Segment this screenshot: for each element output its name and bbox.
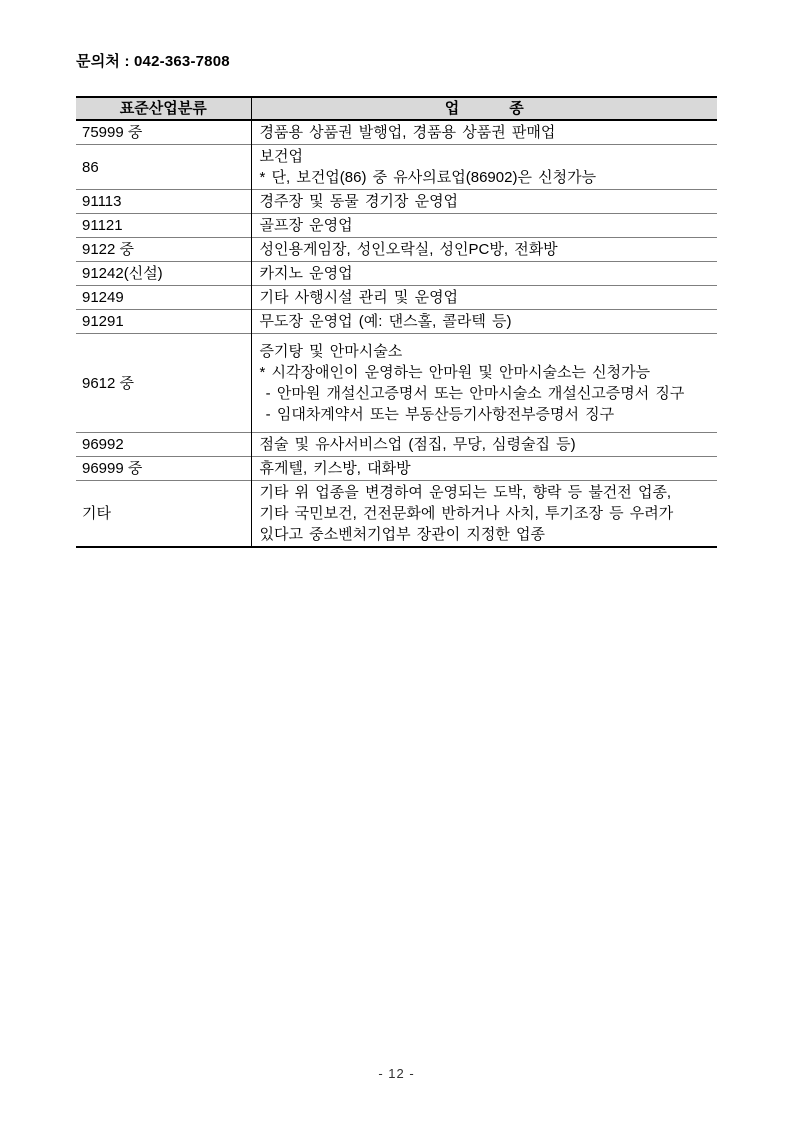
business-description: 골프장 운영업 — [251, 214, 717, 238]
business-description: 증기탕 및 안마시술소 * 시각장애인이 운영하는 안마원 및 안마시술소는 신… — [251, 334, 717, 433]
table-row: 91242(신설) 카지노 운영업 — [76, 262, 717, 286]
business-description: 보건업 * 단, 보건업(86) 중 유사의료업(86902)은 신청가능 — [251, 145, 717, 190]
industry-code: 91291 — [76, 310, 251, 334]
column-header-standard-industry-code: 표준산업분류 — [76, 97, 251, 120]
page-number: - 12 - — [0, 1066, 793, 1081]
table-row: 9612 중 증기탕 및 안마시술소 * 시각장애인이 운영하는 안마원 및 안… — [76, 334, 717, 433]
table-row: 9122 중 성인용게임장, 성인오락실, 성인PC방, 전화방 — [76, 238, 717, 262]
industry-code: 75999 중 — [76, 120, 251, 145]
business-description: 카지노 운영업 — [251, 262, 717, 286]
table-row: 기타 기타 위 업종을 변경하여 운영되는 도박, 향락 등 불건전 업종, 기… — [76, 481, 717, 548]
table-header-row: 표준산업분류 업 종 — [76, 97, 717, 120]
table-row: 91121 골프장 운영업 — [76, 214, 717, 238]
industry-code: 96999 중 — [76, 457, 251, 481]
table-row: 91113 경주장 및 동물 경기장 운영업 — [76, 190, 717, 214]
table-row: 86 보건업 * 단, 보건업(86) 중 유사의료업(86902)은 신청가능 — [76, 145, 717, 190]
industry-code: 9612 중 — [76, 334, 251, 433]
business-description: 성인용게임장, 성인오락실, 성인PC방, 전화방 — [251, 238, 717, 262]
contact-info: 문의처 : 042-363-7808 — [76, 50, 230, 71]
industry-code: 91242(신설) — [76, 262, 251, 286]
business-description: 점술 및 유사서비스업 (점집, 무당, 심령술집 등) — [251, 433, 717, 457]
business-description: 경품용 상품권 발행업, 경품용 상품권 판매업 — [251, 120, 717, 145]
industry-code: 91249 — [76, 286, 251, 310]
industry-code: 91113 — [76, 190, 251, 214]
table-row: 96999 중 휴게텔, 키스방, 대화방 — [76, 457, 717, 481]
table-row: 91249 기타 사행시설 관리 및 운영업 — [76, 286, 717, 310]
business-description: 경주장 및 동물 경기장 운영업 — [251, 190, 717, 214]
industry-code: 9122 중 — [76, 238, 251, 262]
business-description: 기타 위 업종을 변경하여 운영되는 도박, 향락 등 불건전 업종, 기타 국… — [251, 481, 717, 548]
business-description: 무도장 운영업 (예: 댄스홀, 콜라텍 등) — [251, 310, 717, 334]
industry-classification-table: 표준산업분류 업 종 75999 중 경품용 상품권 발행업, 경품용 상품권 … — [76, 96, 717, 548]
industry-code: 91121 — [76, 214, 251, 238]
table-row: 91291 무도장 운영업 (예: 댄스홀, 콜라텍 등) — [76, 310, 717, 334]
column-header-business-type: 업 종 — [251, 97, 717, 120]
industry-code: 86 — [76, 145, 251, 190]
table-row: 75999 중 경품용 상품권 발행업, 경품용 상품권 판매업 — [76, 120, 717, 145]
industry-code: 96992 — [76, 433, 251, 457]
industry-code: 기타 — [76, 481, 251, 548]
table-row: 96992 점술 및 유사서비스업 (점집, 무당, 심령술집 등) — [76, 433, 717, 457]
business-description: 기타 사행시설 관리 및 운영업 — [251, 286, 717, 310]
business-description: 휴게텔, 키스방, 대화방 — [251, 457, 717, 481]
